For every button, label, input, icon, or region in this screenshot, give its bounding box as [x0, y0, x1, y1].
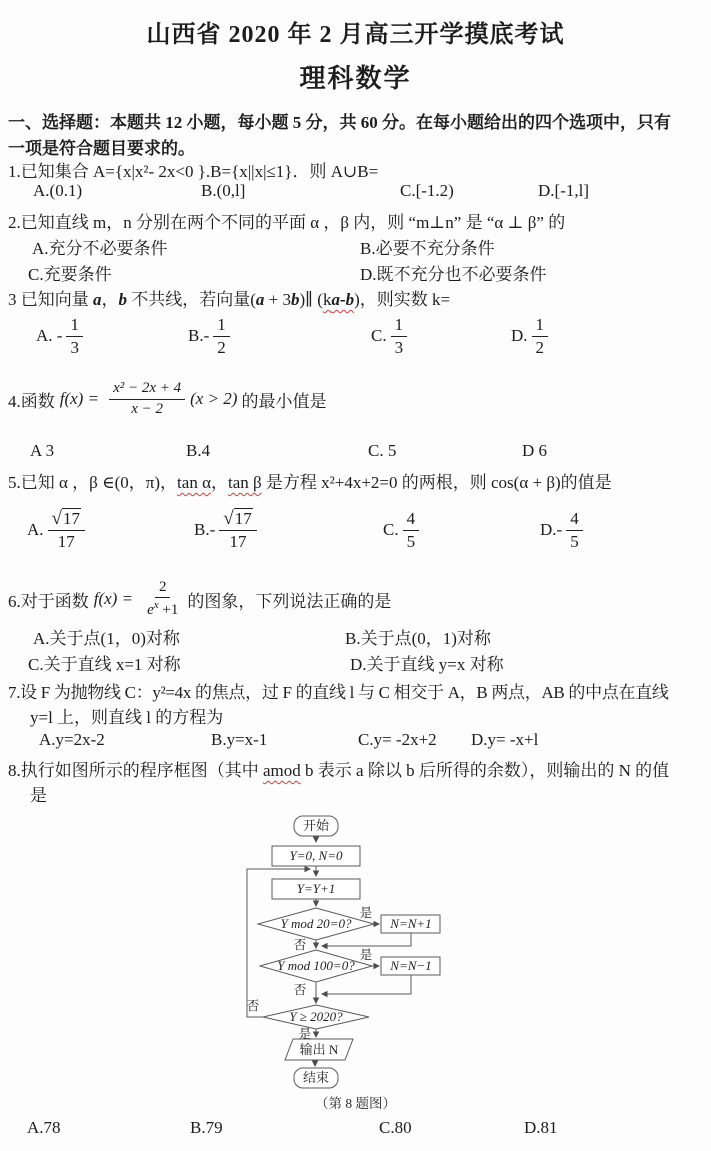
q6-stem-suffix: 的图象，下列说法正确的是: [187, 587, 391, 612]
option-label: C.: [383, 520, 399, 540]
q1-option-b: B.(0,l]: [201, 181, 245, 201]
decision3-yes-label: 是: [299, 1027, 312, 1041]
q1-option-a: A.(0.1): [33, 181, 82, 201]
q2-option-a: A.充分不必要条件: [32, 234, 168, 259]
q4-stem: 4.函数 f(x) = x² − 2x + 4x − 2 (x > 2) 的最小…: [8, 371, 326, 427]
q7-option-c: C.y= -2x+2: [358, 730, 437, 750]
denominator: 17: [225, 531, 250, 552]
q8-stem-line1: 8.执行如图所示的程序框图（其中 amod b 表示 a 除以 b 后所得的余数…: [8, 756, 669, 781]
init-label: Y=0, N=0: [290, 848, 343, 863]
numerator: √17: [219, 509, 256, 531]
q6-option-d: D.关于直线 y=x 对称: [350, 650, 504, 675]
q7-option-a: A.y=2x-2: [39, 730, 105, 750]
denominator: ex +1: [143, 598, 182, 619]
numerator: √17: [48, 509, 85, 531]
decision2-label: Y mod 100=0?: [277, 958, 355, 973]
denominator: 5: [566, 531, 583, 552]
radical-sign: √: [223, 508, 233, 529]
option-label: B.-: [194, 520, 215, 540]
fraction: 45: [566, 509, 583, 551]
page-subtitle: 理科数学: [0, 58, 711, 95]
q1-option-d: D.[-1,l]: [538, 181, 589, 201]
option-label: B.-: [188, 326, 209, 346]
q4-options: A 3 B.4 C. 5 D 6: [0, 441, 711, 463]
denominator: x − 2: [127, 400, 167, 418]
section-header-line1: 一、选择题：本题共 12 小题，每小题 5 分，共 60 分。在每小题给出的四个…: [8, 108, 671, 133]
q5-option-d: D.- 45: [540, 500, 583, 560]
numerator: 4: [566, 509, 583, 531]
q4-domain-condition: (x > 2): [190, 389, 237, 409]
denominator: 2: [532, 337, 549, 358]
q4-option-a: A 3: [30, 441, 54, 461]
denominator: 3: [391, 337, 408, 358]
q6-option-b: B.关于点(0，1)对称: [345, 624, 491, 649]
fraction: x² − 2x + 4x − 2: [109, 380, 185, 418]
option-label: D.: [511, 326, 528, 346]
q3-option-c: C. 13: [371, 306, 407, 366]
q2-stem: 2.已知直线 m，n 分别在两个不同的平面 α ，β 内，则 “m⊥n” 是 “…: [8, 208, 565, 233]
flowchart-caption: （第 8 题图）: [0, 1092, 711, 1112]
q1-stem: 1.已知集合 A={x|x²- 2x<0 }.B={x||x|≤1}．则 A∪B…: [8, 157, 378, 182]
q7-option-b: B.y=x-1: [211, 730, 267, 750]
q4-stem-prefix: 4.函数: [8, 387, 55, 412]
q2-option-d: D.既不充分也不必要条件: [360, 260, 547, 285]
q5-option-a: A. √1717: [27, 500, 85, 560]
q6-function-notation: f(x) =: [94, 589, 133, 609]
q2-options-cd: C.充要条件 D.既不充分也不必要条件: [0, 260, 711, 282]
numerator: 1: [66, 315, 83, 337]
option-label: A. -: [36, 326, 62, 346]
decision2-no-label: 否: [294, 983, 307, 997]
numerator: x² − 2x + 4: [109, 380, 185, 399]
fraction: 13: [66, 315, 83, 357]
q8-stem-line2: 是: [30, 781, 47, 806]
q2-option-c: C.充要条件: [28, 260, 112, 285]
n-plus-label: N=N+1: [389, 916, 431, 931]
decision3-no-label: 否: [247, 999, 260, 1013]
q5-options: A. √1717 B.- √1717 C. 45 D.- 45: [0, 500, 711, 560]
decision1-yes-label: 是: [360, 906, 373, 920]
q6-stem-prefix: 6.对于函数: [8, 587, 89, 612]
q8-option-d: D.81: [524, 1118, 558, 1138]
numerator: 4: [403, 509, 420, 531]
q6-option-c: C.关于直线 x=1 对称: [28, 650, 181, 675]
n-minus-label: N=N−1: [389, 958, 431, 973]
q3-options: A. - 13 B.- 12 C. 13 D. 12: [0, 306, 711, 366]
end-label: 结束: [303, 1070, 329, 1085]
denominator: 3: [66, 337, 83, 358]
increment-label: Y=Y+1: [297, 881, 336, 896]
section-header-line2: 一项是符合题目要求的。: [8, 134, 195, 159]
numerator: 1: [213, 315, 230, 337]
decision1-no-label: 否: [294, 938, 307, 952]
fraction: √1717: [48, 509, 85, 551]
start-label: 开始: [303, 818, 330, 833]
q6-options-ab: A.关于点(1，0)对称 B.关于点(0，1)对称: [0, 624, 711, 646]
q3-option-d: D. 12: [511, 306, 548, 366]
output-label: 输出 N: [300, 1042, 339, 1057]
q6-option-a: A.关于点(1，0)对称: [33, 624, 180, 649]
q3-option-a: A. - 13: [36, 306, 83, 366]
option-label: A.: [27, 520, 44, 540]
q8-option-b: B.79: [190, 1118, 223, 1138]
exam-page: 山西省 2020 年 2 月高三开学摸底考试 理科数学 一、选择题：本题共 12…: [0, 0, 711, 1151]
numerator: 2: [155, 579, 171, 598]
q7-stem-line1: 7.设 F 为抛物线 C：y²=4x 的焦点，过 F 的直线 l 与 C 相交于…: [8, 678, 669, 703]
q7-option-d: D.y= -x+l: [471, 730, 538, 750]
q2-option-b: B.必要不充分条件: [360, 234, 495, 259]
q2-options-ab: A.充分不必要条件 B.必要不充分条件: [0, 234, 711, 256]
q3-option-b: B.- 12: [188, 306, 230, 366]
q5-option-b: B.- √1717: [194, 500, 257, 560]
q4-stem-suffix: 的最小值是: [241, 387, 326, 412]
fraction: √1717: [219, 509, 256, 551]
denominator: 2: [213, 337, 230, 358]
q5-option-c: C. 45: [383, 500, 419, 560]
option-label: D.-: [540, 520, 562, 540]
page-title: 山西省 2020 年 2 月高三开学摸底考试: [0, 14, 711, 49]
q5-stem: 5.已知 α ，β ∈(0，π)，tan α，tan β 是方程 x²+4x+2…: [8, 468, 612, 493]
q7-options: A.y=2x-2 B.y=x-1 C.y= -2x+2 D.y= -x+l: [0, 730, 711, 752]
fraction: 12: [213, 315, 230, 357]
fraction: 12: [532, 315, 549, 357]
q8-option-c: C.80: [379, 1118, 412, 1138]
q1-options: A.(0.1) B.(0,l] C.[-1.2) D.[-1,l]: [0, 181, 711, 203]
denominator: 17: [54, 531, 79, 552]
q1-option-c: C.[-1.2): [400, 181, 454, 201]
decision2-yes-label: 是: [360, 948, 373, 962]
flowchart: 开始 Y=0, N=0 Y=Y+1 Y mod 20=0? 是 N=N+1 否 …: [238, 806, 468, 1106]
denominator: 5: [403, 531, 420, 552]
fraction: 13: [391, 315, 408, 357]
q4-option-d: D 6: [522, 441, 547, 461]
numerator: 1: [532, 315, 549, 337]
fraction: 2ex +1: [143, 579, 182, 620]
decision1-label: Y mod 20=0?: [281, 916, 352, 931]
q7-stem-line2: y=l 上，则直线 l 的方程为: [30, 703, 223, 728]
q4-option-c: C. 5: [368, 441, 396, 461]
q4-option-b: B.4: [186, 441, 210, 461]
q4-function-notation: f(x) =: [60, 389, 99, 409]
q8-options: A.78 B.79 C.80 D.81: [0, 1118, 711, 1140]
numerator: 1: [391, 315, 408, 337]
q6-stem: 6.对于函数 f(x) = 2ex +1 的图象，下列说法正确的是: [8, 572, 391, 626]
arrow-r2-merge: [322, 975, 411, 994]
q6-options-cd: C.关于直线 x=1 对称 D.关于直线 y=x 对称: [0, 650, 711, 672]
radical-sign: √: [52, 508, 62, 529]
q8-option-a: A.78: [27, 1118, 61, 1138]
option-label: C.: [371, 326, 387, 346]
fraction: 45: [403, 509, 420, 551]
decision3-label: Y ≥ 2020?: [289, 1009, 343, 1024]
